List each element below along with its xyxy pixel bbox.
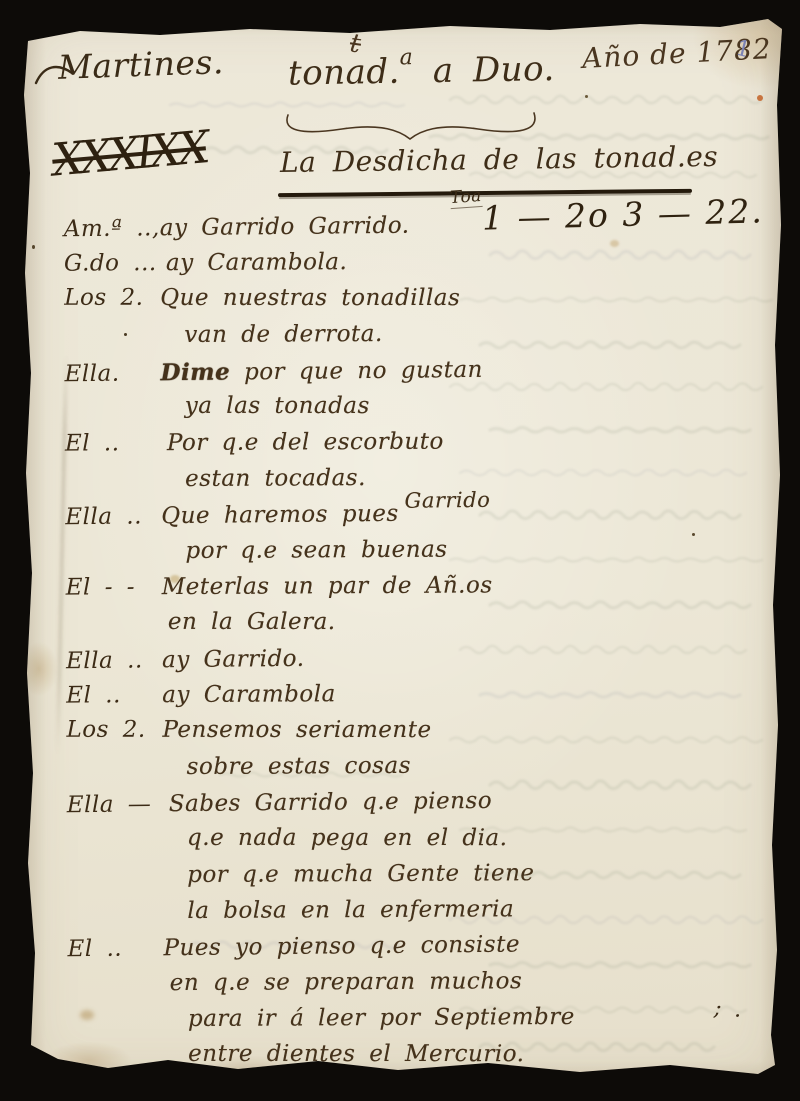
speaker-label bbox=[68, 1026, 164, 1027]
line-text: ay Carambola. bbox=[166, 249, 347, 276]
dialogue-line: en la Galera. bbox=[66, 609, 686, 646]
work-subtitle: La Desdicha de las tonad.es bbox=[280, 140, 719, 179]
title-main: tonad. bbox=[288, 52, 401, 94]
line-text: ay Garrido. bbox=[162, 646, 305, 673]
dialogue-line: ya las tonadas bbox=[65, 393, 685, 430]
dialogue-line: Ella .. ay Garrido. bbox=[66, 642, 686, 684]
dialogue-line: para ir á leer por Septiembre bbox=[68, 1003, 688, 1042]
dialogue-line: Ella .. Que haremos puesGarrido bbox=[65, 498, 685, 540]
line-text: Sabes Garrido q.e pienso bbox=[169, 788, 493, 817]
speaker-label bbox=[67, 774, 163, 775]
dialogue-line: Los 2. Pensemos seriamente bbox=[66, 717, 686, 754]
manuscript-page: Martines. t tonad.a a Duo. Año de 1782 1… bbox=[20, 15, 782, 1087]
dialogue-line: por q.e sean buenas bbox=[65, 535, 685, 574]
speaker-label: El .. bbox=[67, 935, 163, 962]
dialogue-line: la bolsa en la enfermeria bbox=[67, 895, 687, 934]
speaker-label: Am.ª .., bbox=[64, 215, 160, 242]
dialogue-lines: Am.ª .., ay Garrido Garrido. G.do ... ay… bbox=[64, 211, 689, 1078]
author-signature: Martines. bbox=[57, 42, 224, 87]
speaker-label bbox=[67, 882, 163, 883]
title-flourish-brace bbox=[282, 101, 542, 145]
dialogue-line: q.e nada pega en el dia. bbox=[67, 825, 687, 862]
margin-marks: ; . bbox=[713, 996, 745, 1023]
line-text: ay Garrido Garrido. bbox=[160, 213, 410, 242]
dialogue-line: El - - Meterlas un par de Añ.os bbox=[66, 571, 686, 610]
dialogue-line: sobre estas cosas bbox=[67, 751, 687, 790]
speaker-label: Los 2. bbox=[64, 285, 160, 311]
line-text: entre dientes el Mercurio. bbox=[188, 1041, 524, 1067]
line-text: q.e nada pega en el dia. bbox=[187, 825, 507, 851]
speaker-label bbox=[65, 486, 161, 487]
line-text: ya las tonadas bbox=[185, 393, 370, 419]
dialogue-line: en q.e se preparan muchos bbox=[68, 967, 688, 1006]
speaker-label: Ella. bbox=[64, 360, 160, 387]
crossed-out-numerals: XXXIXX bbox=[50, 120, 208, 186]
speaker-label: Ella .. bbox=[66, 647, 162, 674]
dialogue-line: Ella. Dime por que no gustan bbox=[64, 354, 684, 396]
line-text: ay Carambola bbox=[162, 681, 336, 708]
dialogue-line: G.do ... ay Carambola. bbox=[64, 247, 684, 286]
dialogue-line: Los 2. Que nuestras tonadillas bbox=[64, 285, 684, 322]
speaker-label: El .. bbox=[65, 430, 161, 457]
line-text: estan tocadas. bbox=[185, 465, 366, 492]
line-text: Pensemos seriamente bbox=[162, 717, 431, 743]
dialogue-line: estan tocadas. bbox=[65, 463, 685, 502]
dialogue-line: Ella — Sabes Garrido q.e pienso bbox=[67, 786, 687, 828]
speaker-label: G.do ... bbox=[64, 250, 160, 277]
tono-annotation: Toa bbox=[449, 186, 482, 209]
line-text: Meterlas un par de Añ.os bbox=[162, 572, 493, 600]
dialogue-line: por q.e mucha Gente tiene bbox=[67, 859, 687, 898]
speaker-label: Ella — bbox=[67, 791, 163, 818]
line-text: Dime por que no gustan bbox=[160, 356, 483, 386]
line-text: la bolsa en la enfermeria bbox=[187, 896, 514, 924]
speaker-label bbox=[68, 990, 164, 991]
speaker-label: Ella .. bbox=[65, 503, 161, 530]
speaker-label: El - - bbox=[66, 574, 162, 601]
line-text: para ir á leer por Septiembre bbox=[188, 1004, 575, 1032]
dialogue-line: El .. ay Carambola bbox=[66, 679, 686, 718]
speaker-label bbox=[67, 918, 163, 919]
dialogue-line: El .. Por q.e del escorbuto bbox=[65, 427, 685, 466]
line-text: por q.e mucha Gente tiene bbox=[187, 860, 534, 888]
line-text: van de derrota. bbox=[184, 321, 383, 348]
line-text: sobre estas cosas bbox=[187, 753, 411, 780]
dialogue-line: El .. Pues yo pienso q.e consiste bbox=[67, 930, 687, 972]
dialogue-line: Am.ª .., ay Garrido Garrido. bbox=[64, 210, 684, 252]
line-text: Que nuestras tonadillas bbox=[160, 285, 460, 311]
line-text: en la Galera. bbox=[168, 609, 336, 635]
page-title: tonad.a a Duo. bbox=[288, 49, 555, 94]
line-text: por q.e sean buenas bbox=[185, 537, 447, 564]
line-text: Pues yo pienso q.e consiste bbox=[163, 932, 520, 962]
photo-background: Martines. t tonad.a a Duo. Año de 1782 1… bbox=[0, 0, 800, 1101]
speaker-label bbox=[64, 342, 160, 343]
speaker-label: El .. bbox=[66, 682, 162, 709]
line-text: en q.e se preparan muchos bbox=[170, 968, 523, 996]
line-text: Por q.e del escorbuto bbox=[167, 429, 444, 456]
dialogue-line: van de derrota. bbox=[64, 319, 684, 358]
speaker-label bbox=[66, 558, 162, 559]
dialogue-line: entre dientes el Mercurio. bbox=[68, 1041, 688, 1078]
speaker-label: Los 2. bbox=[66, 717, 162, 743]
line-text: Que haremos puesGarrido bbox=[161, 500, 484, 529]
title-superscript: a bbox=[399, 45, 413, 70]
title-rest: a Duo. bbox=[413, 49, 555, 91]
